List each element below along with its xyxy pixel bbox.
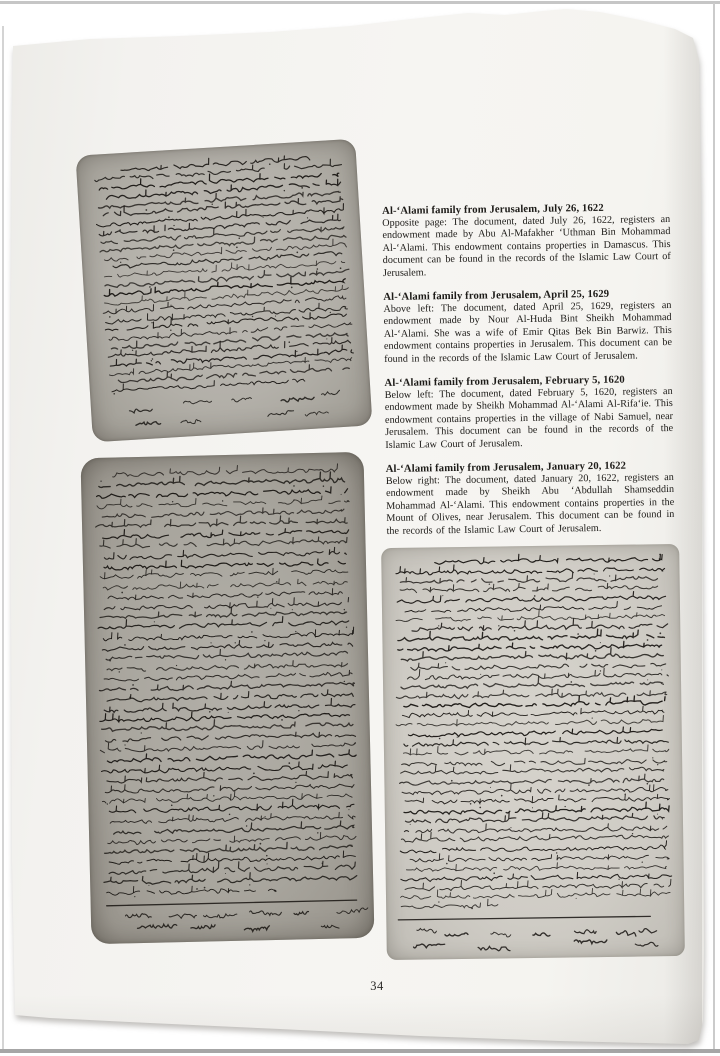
caption-body: Below right: The document, dated January… [386,471,675,538]
caption-block-1: Al-‘Alami family from Jerusalem, July 26… [382,201,671,280]
photographed-book-page: Al-‘Alami family from Jerusalem, July 26… [0,0,720,1056]
page-number: 34 [352,979,402,994]
arabic-script-texture [76,139,373,443]
caption-body: Opposite page: The document, dated July … [382,213,671,280]
page-bottom-shading [0,995,705,1045]
caption-body: Below left: The document, dated February… [385,385,674,452]
caption-column: Al-‘Alami family from Jerusalem, July 26… [382,201,675,549]
caption-block-2: Al-‘Alami family from Jerusalem, April 2… [383,287,672,366]
arabic-script-texture [81,452,375,944]
book-page: Al-‘Alami family from Jerusalem, July 26… [0,0,720,1056]
caption-block-4: Al-‘Alami family from Jerusalem, January… [386,459,675,538]
caption-block-3: Al-‘Alami family from Jerusalem, Februar… [384,373,673,452]
manuscript-figure-bottom-left [81,452,375,944]
caption-body: Above left: The document, dated April 25… [383,299,672,366]
book-page-wrap: Al-‘Alami family from Jerusalem, July 26… [0,0,720,1056]
manuscript-figure-top-left [76,139,373,443]
arabic-script-texture [381,544,685,960]
manuscript-figure-bottom-right [381,544,685,960]
